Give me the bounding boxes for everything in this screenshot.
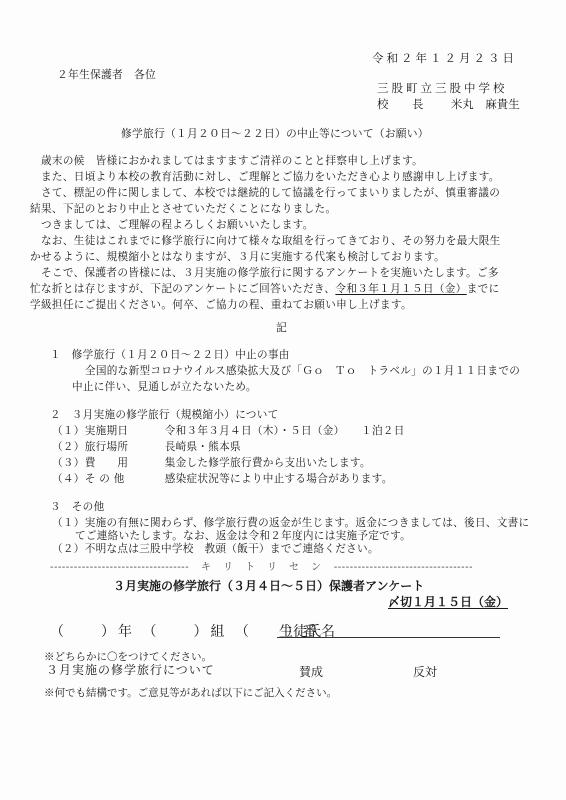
addressee: ２年生保護者 各位 [57, 67, 156, 82]
student-name-label: 生徒氏名 [279, 621, 335, 641]
principal: 校 長 米丸 麻貴生 [377, 96, 520, 112]
principal-title: 校 長 [377, 97, 430, 111]
cut-line: ----------------------------------- キ リ … [50, 558, 473, 573]
survey-title: ３月実施の修学旅行（３月４日～５日）保護者アンケート [113, 577, 424, 594]
deadline-line: 忙な折とは存じますが、下記のアンケートにご回答いただき、令和３年１月１５日（金）… [30, 281, 500, 296]
survey-question: ３月実施の修学旅行について [46, 661, 215, 678]
section3-heading: ３ その他 [50, 499, 104, 514]
option-agree[interactable]: 賛成 [299, 663, 323, 680]
comment-note: ※何でも結構です。ご意見等があれば以下にご記入ください。 [44, 685, 337, 700]
section1-line: 全国的な新型コロナウイルス感染拡大及び「Ｇｏ Ｔｏ トラベル」の１月１１日までの [85, 363, 520, 378]
section2-item: （３）費 用集金した修学旅行費から支出いたします。 [52, 455, 371, 470]
class-field[interactable]: （ ）組 [142, 624, 227, 640]
section2-item: （１）実施期日令和３年３月４日（木）・５日（金） １泊２日 [52, 423, 405, 438]
section2-heading: ２ ３月実施の修学旅行（規模縮小）について [50, 407, 279, 422]
body-line: 結果、下記のとおり中止とさせていただくことになりました。 [30, 201, 336, 216]
body-line: つきましては、ご理解の程よろしくお願いいたします。 [30, 217, 314, 232]
ki-heading: 記 [276, 320, 287, 335]
school-name: 三股町立三股中学校 [377, 80, 508, 96]
section3-item: （２）不明な点は三股中学校 教頭（飯干）までご連絡ください。 [52, 541, 379, 556]
body-line: かせるように、規模縮小とはなりますが、３月に実施する代案も検討しております。 [30, 249, 445, 264]
section1-line: 中止に伴い、見通しが立たないため。 [72, 379, 257, 394]
student-name-field[interactable] [277, 637, 500, 638]
deadline-date: 令和３年１月１５日（金） [335, 283, 466, 295]
option-disagree[interactable]: 反対 [413, 663, 437, 680]
body-line: なお、生徒はこれまでに修学旅行に向けて様々な取組を行ってきており、その努力を最大… [30, 233, 501, 248]
body-line: 歳末の候 皆様におかれましてはますますご清祥のことと拝察申し上げます。 [30, 153, 423, 168]
section2-item: （２）旅行場所長崎県・熊本県 [52, 439, 241, 454]
body-line: さて、標記の件に関しまして、本校では継続的して協議を行ってまいりましたが、慎重審… [30, 185, 500, 200]
document-title: 修学旅行（１月２０日～２２日）の中止等について（お願い） [121, 126, 429, 141]
principal-name: 米丸 麻貴生 [451, 97, 520, 111]
document-date: 令和２年１２月２３日 [372, 50, 517, 66]
year-field[interactable]: （ ）年 [50, 624, 135, 640]
comment-area[interactable] [44, 705, 524, 785]
body-line: また、日頃より本校の教育活動に対し、ご理解とご協力をいただき心より感謝申し上げま… [30, 169, 500, 184]
survey-deadline: 〆切１月１５日（金） [388, 593, 508, 610]
closing-line: 学級担任にご提出ください。何卒、ご協力の程、重ねてお願い申し上げます。 [30, 297, 412, 312]
section1-heading: １ 修学旅行（１月２０日～２２日）中止の事由 [50, 347, 290, 362]
body-line: そこで、保護者の皆様には、３月実施の修学旅行に関するアンケートを実施いたします。… [30, 265, 499, 280]
section2-item: （４）そ の 他感染症状況等により中止する場合があります。 [52, 471, 393, 486]
